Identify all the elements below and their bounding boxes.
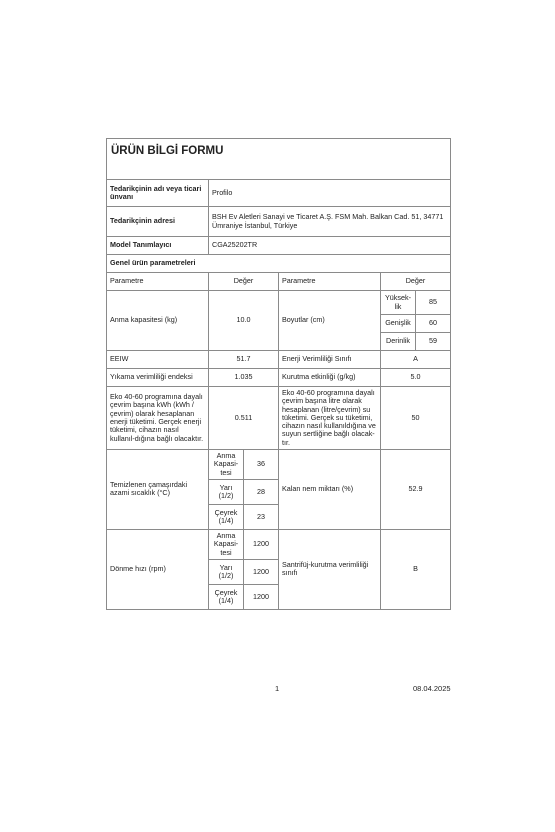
capacity-value: 10.0 xyxy=(209,291,279,351)
moisture-label: Kalan nem miktarı (%) xyxy=(279,449,381,529)
header-value-2: Değer xyxy=(381,273,451,291)
energy-consumption-value: 0.511 xyxy=(209,387,279,450)
product-info-table: ÜRÜN BİLGİ FORMU Tedarikçinin adı veya t… xyxy=(106,138,451,610)
temperature-label: Temizlenen çamaşırdaki azami sıcaklık (°… xyxy=(107,449,209,529)
capacity-label: Anma kapasitesi (kg) xyxy=(107,291,209,351)
model-label: Model Tanımlayıcı xyxy=(107,237,209,255)
depth-value: 59 xyxy=(416,333,451,351)
width-value: 60 xyxy=(416,315,451,333)
height-label: Yüksek-lik xyxy=(381,291,416,315)
spin-sub-label: Yarı (1/2) xyxy=(209,559,244,584)
spin-speed-label: Dönme hızı (rpm) xyxy=(107,529,209,609)
energy-class-label: Enerji Verimliliği Sınıfı xyxy=(279,351,381,369)
drying-value: 5.0 xyxy=(381,369,451,387)
washing-index-value: 1.035 xyxy=(209,369,279,387)
supplier-address-value: BSH Ev Aletleri Sanayi ve Ticaret A.Ş. F… xyxy=(209,207,451,237)
supplier-name-label: Tedarikçinin adı veya ticari ünvanı xyxy=(107,180,209,207)
height-value: 85 xyxy=(416,291,451,315)
page-number: 1 xyxy=(275,684,279,693)
header-value-1: Değer xyxy=(209,273,279,291)
drying-label: Kurutma etkinliği (g/kg) xyxy=(279,369,381,387)
spin-sub-value: 1200 xyxy=(244,529,279,559)
water-consumption-value: 50 xyxy=(381,387,451,450)
spin-class-value: B xyxy=(381,529,451,609)
model-value: CGA25202TR xyxy=(209,237,451,255)
temp-sub-value: 28 xyxy=(244,479,279,504)
supplier-name-value: Profilo xyxy=(209,180,451,207)
header-param-2: Parametre xyxy=(279,273,381,291)
energy-consumption-label: Eko 40-60 programına dayalı çevrim başın… xyxy=(107,387,209,450)
footer-date: 08.04.2025 xyxy=(413,684,451,693)
moisture-value: 52.9 xyxy=(381,449,451,529)
supplier-address-label: Tedarikçinin adresi xyxy=(107,207,209,237)
temp-sub-value: 36 xyxy=(244,449,279,479)
water-consumption-label: Eko 40-60 programına dayalı çevrim başın… xyxy=(279,387,381,450)
spin-class-label: Santrifüj-kurutma verimliliği sınıfı xyxy=(279,529,381,609)
form-title: ÜRÜN BİLGİ FORMU xyxy=(107,139,451,180)
dimensions-label: Boyutlar (cm) xyxy=(279,291,381,351)
width-label: Genişlik xyxy=(381,315,416,333)
header-param-1: Parametre xyxy=(107,273,209,291)
general-section-label: Genel ürün parametreleri xyxy=(107,255,451,273)
temp-sub-label: Anma Kapasi-tesi xyxy=(209,449,244,479)
temp-sub-label: Yarı (1/2) xyxy=(209,479,244,504)
eeiw-label: EEIW xyxy=(107,351,209,369)
temp-sub-value: 23 xyxy=(244,504,279,529)
temp-sub-label: Çeyrek (1/4) xyxy=(209,504,244,529)
spin-sub-label: Anma Kapasi-tesi xyxy=(209,529,244,559)
spin-sub-value: 1200 xyxy=(244,584,279,609)
depth-label: Derinlik xyxy=(381,333,416,351)
washing-index-label: Yıkama verimliliği endeksi xyxy=(107,369,209,387)
spin-sub-label: Çeyrek (1/4) xyxy=(209,584,244,609)
document-page: ÜRÜN BİLGİ FORMU Tedarikçinin adı veya t… xyxy=(0,0,555,832)
spin-sub-value: 1200 xyxy=(244,559,279,584)
energy-class-value: A xyxy=(381,351,451,369)
eeiw-value: 51.7 xyxy=(209,351,279,369)
